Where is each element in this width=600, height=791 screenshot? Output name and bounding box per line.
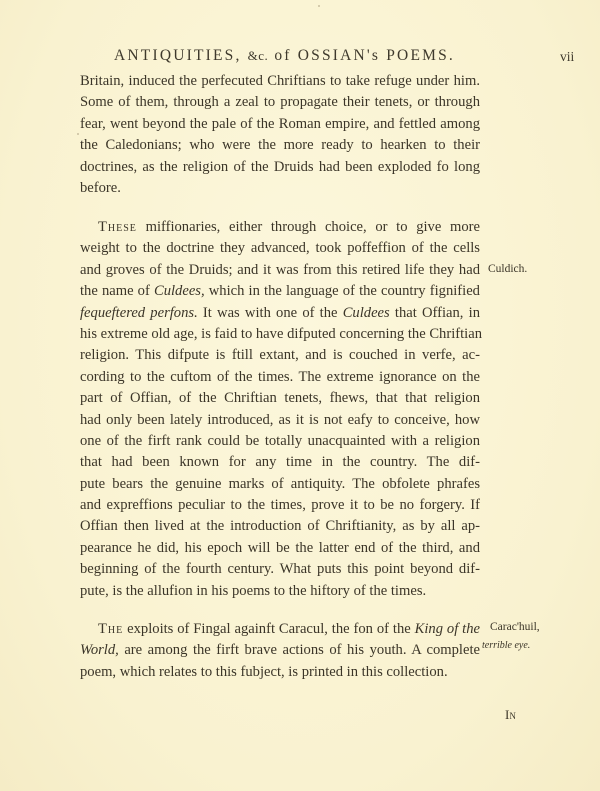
text-line: the name of Culdees, which in the langua… xyxy=(80,281,480,302)
italic-term: Culdees, xyxy=(154,283,205,299)
paragraph-2: These miffionaries, either through choic… xyxy=(80,217,480,602)
text-span: that Offian, in xyxy=(390,305,480,321)
text-line: religion. This difpute is ftill extant, … xyxy=(80,345,480,366)
text-line: Britain, induced the perfecuted Chriftia… xyxy=(80,71,480,92)
text-line: Some of them, through a zeal to propagat… xyxy=(80,92,480,113)
text-span: which in the language of the country fig… xyxy=(205,283,480,299)
italic-term: King of the xyxy=(415,621,480,637)
text-line: pearance he did, his epoch will be the l… xyxy=(80,538,480,559)
text-line: These miffionaries, either through choic… xyxy=(80,217,480,238)
paragraph-1: Britain, induced the perfecuted Chriftia… xyxy=(80,71,480,199)
text-line: doctrines, as the religion of the Druids… xyxy=(80,157,480,178)
margin-note-terrible-eye: terrible eye. xyxy=(482,640,530,651)
text-span: are among the firft brave actions of his… xyxy=(119,642,480,658)
italic-term: World, xyxy=(80,642,119,658)
text-line: poem, which relates to this fubject, is … xyxy=(80,662,480,683)
text-line: Offian then lived at the introduction of… xyxy=(80,516,480,537)
italic-term: fequeftered perfons. xyxy=(80,305,198,321)
text-line: fequeftered perfons. It was with one of … xyxy=(80,303,480,324)
running-head-title: ANTIQUITIES, xyxy=(114,47,242,64)
text-line: beginning of the fourth century. What pu… xyxy=(80,559,480,580)
text-line: weight to the doctrine they advanced, to… xyxy=(80,238,480,259)
text-line: fear, went beyond the pale of the Roman … xyxy=(80,114,480,135)
margin-note-culdich: Culdich. xyxy=(488,263,527,275)
book-page: ANTIQUITIES, &c. of OSSIAN's POEMS. vii … xyxy=(0,0,600,791)
margin-note-carachuil: Carac'huil, xyxy=(490,621,540,633)
text-span: the name of xyxy=(80,283,154,299)
small-caps-lead: These xyxy=(98,219,137,235)
text-line: the Caledonians; who were the more ready… xyxy=(80,135,480,156)
text-line: and groves of the Druids; and it was fro… xyxy=(80,260,480,281)
text-line: cording to the cuftom of the times. The … xyxy=(80,367,480,388)
text-span: It was with one of the xyxy=(198,305,343,321)
text-line: part of Offian, of the Chriftian tenets,… xyxy=(80,388,480,409)
text-line: pute bears the genuine marks of antiquit… xyxy=(80,474,480,495)
small-caps-lead: The xyxy=(98,621,123,637)
text-line: that had been known for any time in the … xyxy=(80,452,480,473)
text-line: pute, is the allufion in his poems to th… xyxy=(80,581,480,602)
paper-speck xyxy=(318,5,320,7)
text-line: The exploits of Fingal againft Caracul, … xyxy=(80,619,480,640)
paper-speck xyxy=(77,133,79,135)
text-span: miffionaries, either through choice, or … xyxy=(137,219,480,235)
running-head: ANTIQUITIES, &c. of OSSIAN's POEMS. xyxy=(114,47,466,65)
paragraph-3: The exploits of Fingal againft Caracul, … xyxy=(80,619,480,683)
catchword: In xyxy=(505,707,516,723)
text-line: one of the firft rank could be totally u… xyxy=(80,431,480,452)
text-line: before. xyxy=(80,178,480,199)
running-head-etc: &c. xyxy=(248,48,269,63)
text-line: had only been lately introduced, as it i… xyxy=(80,410,480,431)
text-span: exploits of Fingal againft Caracul, the … xyxy=(123,621,414,637)
page-number: vii xyxy=(560,49,574,65)
text-line: his extreme old age, is faid to have dif… xyxy=(80,324,480,345)
text-line: and expreffions peculiar to the times, p… xyxy=(80,495,480,516)
running-head-subtitle: of OSSIAN's POEMS. xyxy=(274,47,455,64)
italic-term: Culdees xyxy=(343,305,390,321)
text-line: World, are among the firft brave actions… xyxy=(80,640,480,661)
